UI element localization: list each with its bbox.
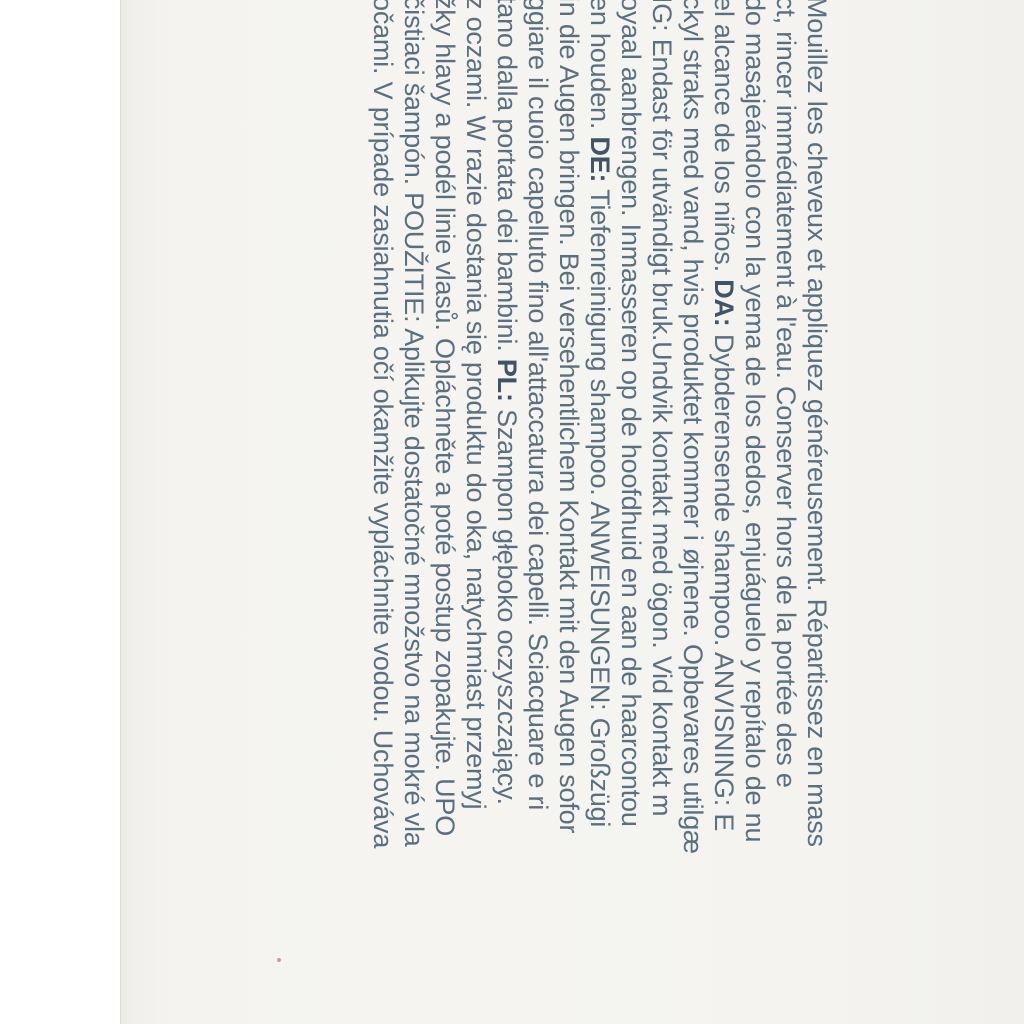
label-line: el alcance de los niños. DA: Dybderensen… (709, 0, 739, 831)
language-code-heading: DE: (585, 136, 615, 182)
label-line: in die Augen bringen. Bei versehentliche… (554, 0, 584, 833)
label-line: čistiaci šampón. POUŽITIE: Aplikujte dos… (399, 0, 429, 847)
photo-scene: Mouillez les cheveux et appliquez génére… (0, 0, 1024, 1024)
label-line: tano dalla portata dei bambini. PL: Szam… (492, 0, 522, 805)
label-line: ckyl straks med vand, hvis produktet kom… (678, 0, 708, 854)
label-line-text: očami. V prípade zasiahnutia očí okamžit… (368, 0, 398, 848)
label-line-text: IG: Endast för utvändigt bruk.Undvik kon… (647, 0, 677, 816)
label-line-text: in die Augen bringen. Bei versehentliche… (554, 0, 584, 833)
label-line-text: el alcance de los niños. (709, 0, 739, 279)
label-line: IG: Endast för utvändigt bruk.Undvik kon… (647, 0, 677, 816)
orange-speck (277, 958, 281, 962)
label-line: Mouillez les cheveux et appliquez génére… (802, 0, 832, 847)
label-line-text: do masajeándolo con la yema de los dedos… (740, 0, 770, 842)
label-line: z oczami. W razie dostania się produktu … (461, 0, 491, 809)
label-line: očami. V prípade zasiahnutia očí okamžit… (368, 0, 398, 848)
label-line-text: čistiaci šampón. POUŽITIE: Aplikujte dos… (399, 0, 429, 847)
label-line-text: Mouillez les cheveux et appliquez génére… (802, 0, 832, 847)
label-line: en houden. DE: Tiefenreinigung shampoo. … (585, 0, 615, 827)
label-instructions-text: Mouillez les cheveux et appliquez génére… (0, 0, 1024, 1024)
label-line: oyaal aanbrengen. Inmasseren op de hoofd… (616, 0, 646, 827)
language-code-heading: DA: (709, 279, 739, 326)
label-line: žky hlavy a podél linie vlasů. Opláchnět… (430, 0, 460, 836)
label-line-text: Dybderensende shampoo. ANVISNING: E (709, 327, 739, 832)
label-line-text: z oczami. W razie dostania się produktu … (461, 0, 491, 809)
label-line: ggiare il cuoio capelluto fino all'attac… (523, 0, 553, 810)
label-line-text: žky hlavy a podél linie vlasů. Opláchnět… (430, 0, 460, 836)
label-line-text: ct, rincer immédiatement à l'eau. Conser… (771, 0, 801, 788)
label-line: do masajeándolo con la yema de los dedos… (740, 0, 770, 842)
label-line-text: ckyl straks med vand, hvis produktet kom… (678, 0, 708, 854)
language-code-heading: PL: (492, 359, 522, 402)
label-line-text: Szampon głęboko oczyszczający. (492, 402, 522, 805)
label-line-text: tano dalla portata dei bambini. (492, 0, 522, 359)
label-line: ct, rincer immédiatement à l'eau. Conser… (771, 0, 801, 788)
label-line-text: Tiefenreinigung shampoo. ANWEISUNGEN: Gr… (585, 182, 615, 827)
label-line-text: ggiare il cuoio capelluto fino all'attac… (523, 0, 553, 810)
label-line-text: en houden. (585, 0, 615, 136)
label-line-text: oyaal aanbrengen. Inmasseren op de hoofd… (616, 0, 646, 827)
